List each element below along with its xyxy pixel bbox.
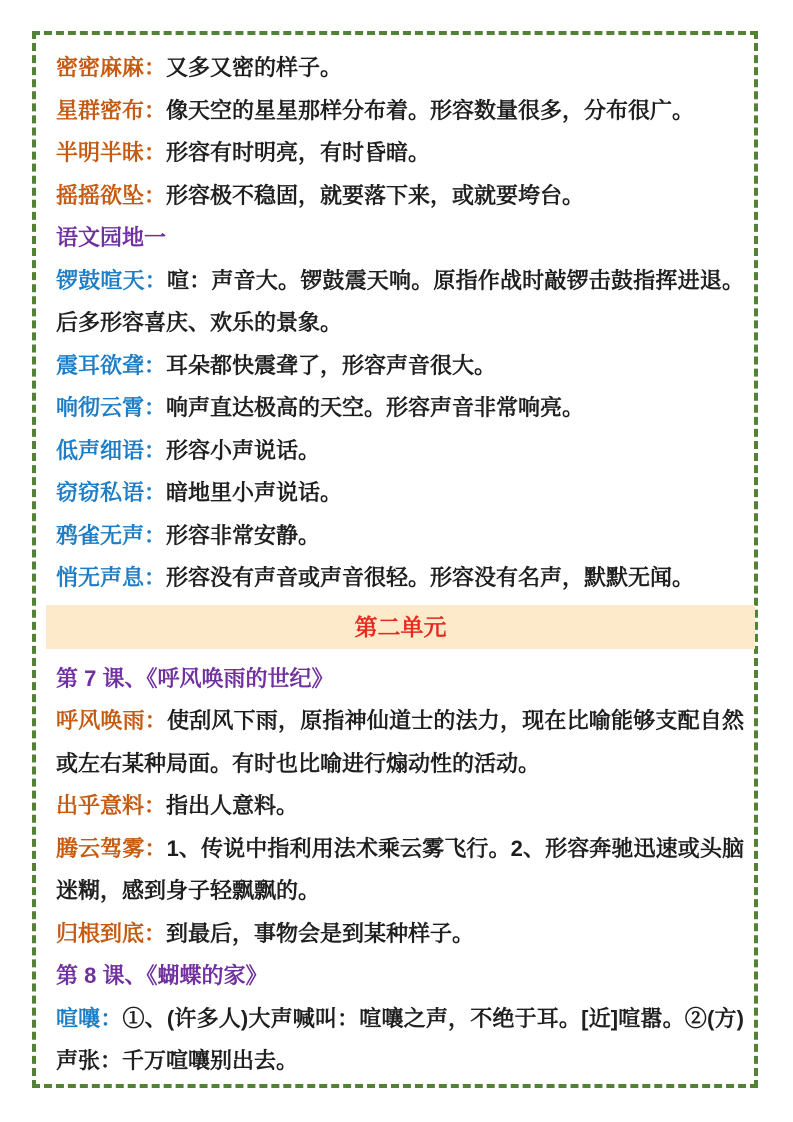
section-header: 第 7 课、《呼风唤雨的世纪》 <box>56 658 744 701</box>
term-label: 锣鼓喧天： <box>56 268 167 293</box>
term-label: 鸦雀无声： <box>56 523 166 548</box>
term-definition: ①、(许多人)大声喊叫：喧嚷之声，不绝于耳。[近]喧嚣。②(方)声张：千万喧嚷别… <box>56 1006 744 1074</box>
term-definition: 形容小声说话。 <box>166 438 320 463</box>
term-label: 低声细语： <box>56 438 166 463</box>
definition-entry: 腾云驾雾：1、传说中指利用法术乘云雾飞行。2、形容奔驰迅速或头脑迷糊，感到身子轻… <box>56 828 744 913</box>
term-label: 密密麻麻： <box>56 55 166 80</box>
term-label: 窃窃私语： <box>56 480 166 505</box>
term-label: 震耳欲聋： <box>56 353 166 378</box>
term-definition: 形容极不稳固，就要落下来，或就要垮台。 <box>166 183 584 208</box>
term-label: 出乎意料： <box>56 793 166 818</box>
term-definition: 形容有时明亮，有时昏暗。 <box>166 140 430 165</box>
term-label: 归根到底： <box>56 921 166 946</box>
unit-banner-text: 第二单元 <box>355 614 447 640</box>
term-definition: 到最后，事物会是到某种样子。 <box>166 921 474 946</box>
term-label: 星群密布： <box>56 98 166 123</box>
definition-entry: 摇摇欲坠：形容极不稳固，就要落下来，或就要垮台。 <box>56 175 744 218</box>
definition-entry: 震耳欲聋：耳朵都快震聋了，形容声音很大。 <box>56 345 744 388</box>
term-definition: 形容非常安静。 <box>166 523 320 548</box>
term-label: 呼风唤雨： <box>56 708 167 733</box>
definition-entry: 悄无声息：形容没有声音或声音很轻。形容没有名声，默默无闻。 <box>56 557 744 600</box>
definition-entry: 密密麻麻：又多又密的样子。 <box>56 47 744 90</box>
definition-entry: 窃窃私语：暗地里小声说话。 <box>56 472 744 515</box>
term-label: 半明半昧： <box>56 140 166 165</box>
term-label: 喧嚷： <box>56 1006 123 1031</box>
definition-entry: 星群密布：像天空的星星那样分布着。形容数量很多，分布很广。 <box>56 90 744 133</box>
term-definition: 指出人意料。 <box>166 793 298 818</box>
definition-entry: 锣鼓喧天：喧：声音大。锣鼓震天响。原指作战时敲锣击鼓指挥进退。后多形容喜庆、欢乐… <box>56 260 744 345</box>
term-definition: 耳朵都快震聋了，形容声音很大。 <box>166 353 496 378</box>
worksheet-page: 密密麻麻：又多又密的样子。星群密布：像天空的星星那样分布着。形容数量很多，分布很… <box>0 0 793 1122</box>
term-label: 响彻云霄： <box>56 395 166 420</box>
term-definition: 响声直达极高的天空。形容声音非常响亮。 <box>166 395 584 420</box>
section-header: 第 8 课、《蝴蝶的家》 <box>56 955 744 998</box>
term-label: 腾云驾雾： <box>56 836 167 861</box>
term-definition: 暗地里小声说话。 <box>166 480 342 505</box>
content-frame: 密密麻麻：又多又密的样子。星群密布：像天空的星星那样分布着。形容数量很多，分布很… <box>32 31 758 1088</box>
definition-entry: 喧嚷：①、(许多人)大声喊叫：喧嚷之声，不绝于耳。[近]喧嚣。②(方)声张：千万… <box>56 998 744 1083</box>
term-definition: 像天空的星星那样分布着。形容数量很多，分布很广。 <box>166 98 694 123</box>
unit-banner: 第二单元 <box>46 605 755 649</box>
definition-entry: 归根到底：到最后，事物会是到某种样子。 <box>56 913 744 956</box>
definition-entry: 呼风唤雨：使刮风下雨，原指神仙道士的法力，现在比喻能够支配自然或左右某种局面。有… <box>56 700 744 785</box>
definition-entry: 鸦雀无声：形容非常安静。 <box>56 515 744 558</box>
term-label: 悄无声息： <box>56 565 166 590</box>
definition-entry: 低声细语：形容小声说话。 <box>56 430 744 473</box>
term-definition: 又多又密的样子。 <box>166 55 342 80</box>
definition-entry: 出乎意料：指出人意料。 <box>56 785 744 828</box>
term-label: 摇摇欲坠： <box>56 183 166 208</box>
section-header: 语文园地一 <box>56 217 744 260</box>
definition-entry: 响彻云霄：响声直达极高的天空。形容声音非常响亮。 <box>56 387 744 430</box>
definition-entry: 半明半昧：形容有时明亮，有时昏暗。 <box>56 132 744 175</box>
content-list: 密密麻麻：又多又密的样子。星群密布：像天空的星星那样分布着。形容数量很多，分布很… <box>56 47 744 1083</box>
term-definition: 形容没有声音或声音很轻。形容没有名声，默默无闻。 <box>166 565 694 590</box>
